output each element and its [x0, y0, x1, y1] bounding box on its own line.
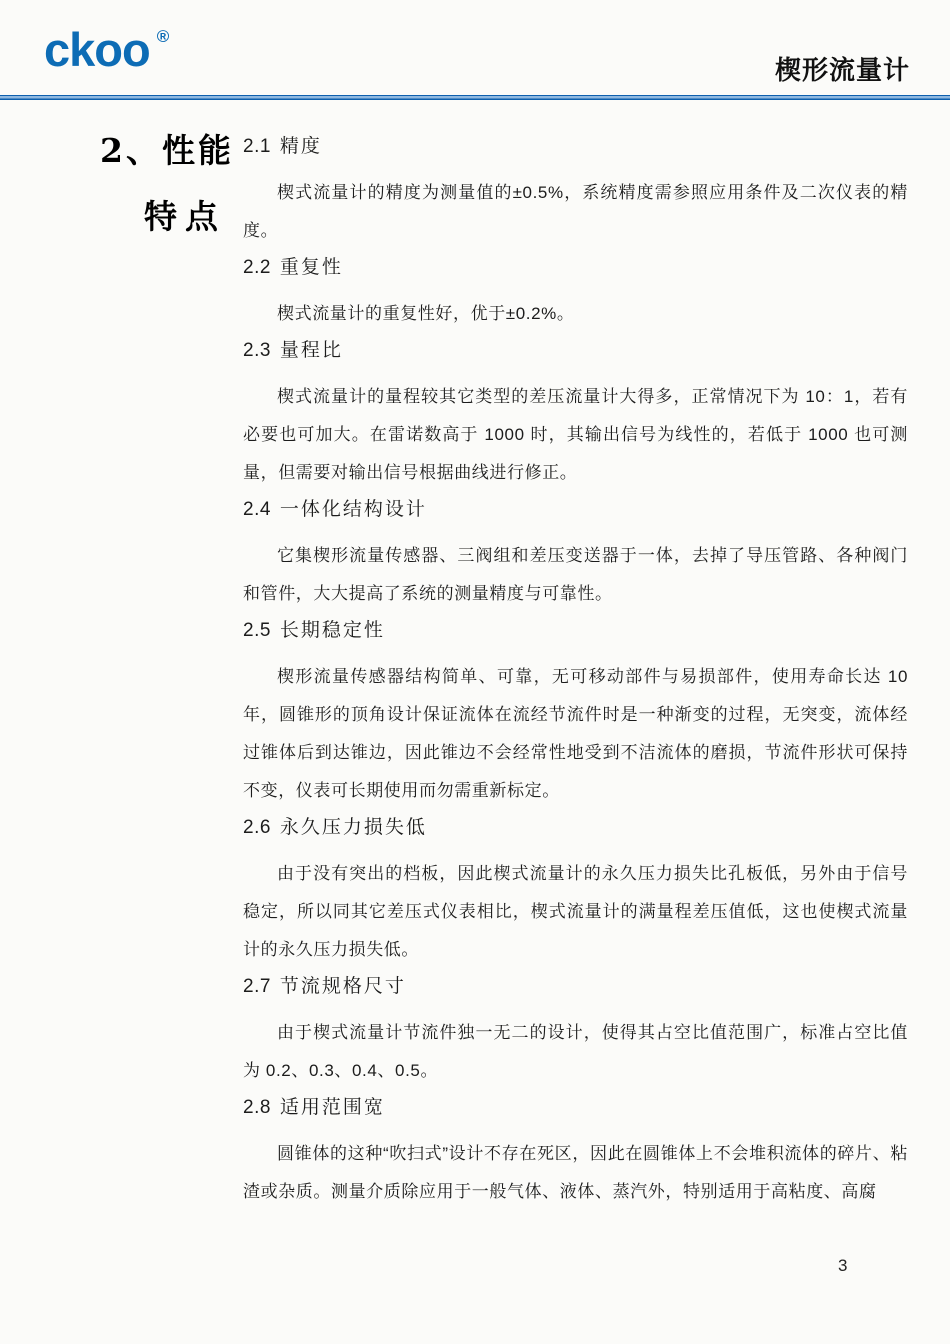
section-heading: 2.2重复性 — [243, 255, 908, 281]
section-body: 楔式流量计的重复性好，优于±0.2%。 — [243, 295, 908, 333]
section-title: 重复性 — [280, 257, 343, 278]
section-body: 楔式流量计的量程较其它类型的差压流量计大得多，正常情况下为 10：1，若有必要也… — [243, 378, 908, 492]
section-number: 2.7 — [243, 976, 271, 997]
section-title: 一体化结构设计 — [280, 499, 427, 520]
section-body: 由于楔式流量计节流件独一无二的设计，使得其占空比值范围广，标准占空比值为 0.2… — [243, 1014, 908, 1090]
section: 2.8适用范围宽 圆锥体的这种“吹扫式”设计不存在死区，因此在圆锥体上不会堆积流… — [243, 1095, 908, 1211]
section-number: 2.8 — [243, 1097, 271, 1118]
section-heading: 2.4一体化结构设计 — [243, 497, 908, 523]
section-heading: 2.1精度 — [243, 134, 908, 160]
chapter-title-line2: 特点 — [100, 200, 234, 233]
section-heading: 2.8适用范围宽 — [243, 1095, 908, 1121]
section-title: 适用范围宽 — [280, 1097, 385, 1118]
section-number: 2.5 — [243, 620, 271, 641]
section-number: 2.4 — [243, 499, 271, 520]
section-paragraph: 楔式流量计的量程较其它类型的差压流量计大得多，正常情况下为 10：1，若有必要也… — [243, 378, 908, 492]
section-title: 节流规格尺寸 — [280, 976, 406, 997]
section-paragraph: 楔形流量传感器结构简单、可靠，无可移动部件与易损部件，使用寿命长达 10 年，圆… — [243, 658, 908, 810]
page-header: ckoo® 楔形流量计 — [0, 0, 950, 95]
section-title: 精度 — [280, 136, 322, 157]
section-heading: 2.3量程比 — [243, 338, 908, 364]
document-title: 楔形流量计 — [775, 50, 910, 87]
section: 2.6永久压力损失低 由于没有突出的档板，因此楔式流量计的永久压力损失比孔板低，… — [243, 815, 908, 969]
section: 2.1精度 楔式流量计的精度为测量值的±0.5%，系统精度需参照应用条件及二次仪… — [243, 134, 908, 250]
section-heading: 2.5长期稳定性 — [243, 618, 908, 644]
section: 2.3量程比 楔式流量计的量程较其它类型的差压流量计大得多，正常情况下为 10：… — [243, 338, 908, 492]
section-number: 2.1 — [243, 136, 271, 157]
section-body: 楔式流量计的精度为测量值的±0.5%，系统精度需参照应用条件及二次仪表的精度。 — [243, 174, 908, 250]
section-paragraph: 楔式流量计的重复性好，优于±0.2%。 — [243, 295, 908, 333]
section-paragraph: 它集楔形流量传感器、三阀组和差压变送器于一体，去掉了导压管路、各种阀门和管件，大… — [243, 537, 908, 613]
chapter-title-line1: 2、性能 — [100, 134, 234, 167]
chapter-title: 2、性能 特点 — [100, 134, 234, 233]
section-number: 2.3 — [243, 340, 271, 361]
section-title: 永久压力损失低 — [280, 817, 427, 838]
section-paragraph: 圆锥体的这种“吹扫式”设计不存在死区，因此在圆锥体上不会堆积流体的碎片、粘渣或杂… — [243, 1135, 908, 1211]
section: 2.4一体化结构设计 它集楔形流量传感器、三阀组和差压变送器于一体，去掉了导压管… — [243, 497, 908, 613]
section-heading: 2.6永久压力损失低 — [243, 815, 908, 841]
section: 2.5长期稳定性 楔形流量传感器结构简单、可靠，无可移动部件与易损部件，使用寿命… — [243, 618, 908, 810]
section-paragraph: 由于楔式流量计节流件独一无二的设计，使得其占空比值范围广，标准占空比值为 0.2… — [243, 1014, 908, 1090]
section-title: 量程比 — [280, 340, 343, 361]
page-number: 3 — [838, 1256, 847, 1276]
registered-trademark-icon: ® — [157, 27, 170, 46]
section-heading: 2.7节流规格尺寸 — [243, 974, 908, 1000]
section-number: 2.6 — [243, 817, 271, 838]
section-body: 它集楔形流量传感器、三阀组和差压变送器于一体，去掉了导压管路、各种阀门和管件，大… — [243, 537, 908, 613]
document-page: ckoo® 楔形流量计 2、性能 特点 2.1精度 楔式流量计的精度为测量值的±… — [0, 0, 950, 1344]
brand-logo: ckoo® — [44, 26, 169, 73]
content-column: 2.1精度 楔式流量计的精度为测量值的±0.5%，系统精度需参照应用条件及二次仪… — [243, 99, 908, 1211]
section: 2.2重复性 楔式流量计的重复性好，优于±0.2%。 — [243, 255, 908, 333]
section: 2.7节流规格尺寸 由于楔式流量计节流件独一无二的设计，使得其占空比值范围广，标… — [243, 974, 908, 1090]
section-paragraph: 由于没有突出的档板，因此楔式流量计的永久压力损失比孔板低，另外由于信号稳定，所以… — [243, 855, 908, 969]
brand-logo-text: ckoo — [44, 23, 150, 76]
section-body: 楔形流量传感器结构简单、可靠，无可移动部件与易损部件，使用寿命长达 10 年，圆… — [243, 658, 908, 810]
section-number: 2.2 — [243, 257, 271, 278]
section-body: 由于没有突出的档板，因此楔式流量计的永久压力损失比孔板低，另外由于信号稳定，所以… — [243, 855, 908, 969]
section-body: 圆锥体的这种“吹扫式”设计不存在死区，因此在圆锥体上不会堆积流体的碎片、粘渣或杂… — [243, 1135, 908, 1211]
section-title: 长期稳定性 — [280, 620, 385, 641]
section-paragraph: 楔式流量计的精度为测量值的±0.5%，系统精度需参照应用条件及二次仪表的精度。 — [243, 174, 908, 250]
